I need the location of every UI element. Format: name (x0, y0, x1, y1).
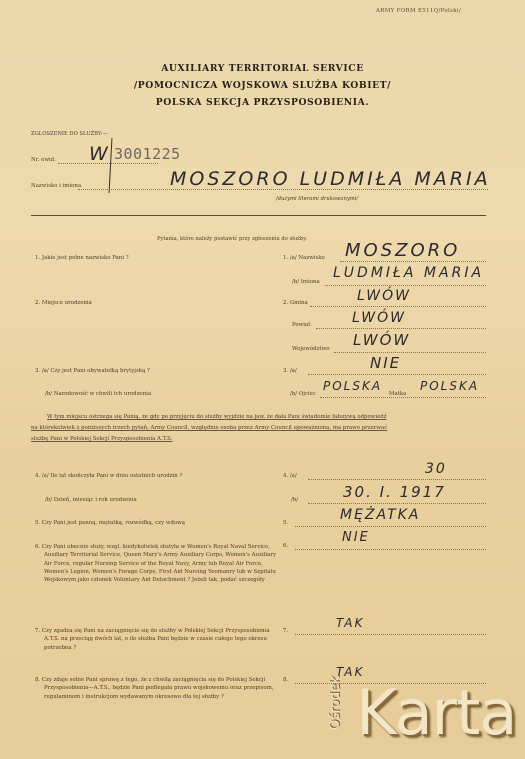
q1b-value: LUDMIŁA MARIA (333, 265, 484, 281)
warning-line-2: na którekolwiek z poniższych trzech pyta… (31, 425, 387, 431)
record-number-stamp: 3001225 (114, 145, 181, 163)
q3a-value: NIE (370, 354, 401, 372)
warning-line-1: W tym miejscu ostrzega się Panią, że gdy… (47, 414, 387, 420)
q5-text: 5. Czy Pani jest panną, mężatką, rozwódk… (35, 520, 185, 526)
q7-line (295, 634, 486, 635)
form-number: ARMY FORM E511Q/Polski/ (376, 8, 461, 14)
section-divider (31, 215, 486, 216)
q3a-label: 3. /a/ (283, 368, 297, 374)
q4a-line (308, 479, 486, 480)
record-number-handwritten: W (89, 143, 110, 165)
q2-powiat-label: Powiat (292, 322, 310, 328)
registration-heading: ZGLOSZENIE DO SLUŻBY:— (31, 131, 108, 137)
q2-powiat-value: LWÓW (352, 310, 406, 326)
q6-label: 6. (283, 543, 288, 549)
q1a-label: 1. /a/ Nazwisko (283, 255, 325, 261)
q7-text: 7. Czy zgadza się Pani na zaciągnięcie s… (35, 627, 276, 652)
document-page: ARMY FORM E511Q/Polski/ AUXILIARY TERRIT… (0, 0, 525, 759)
q2-wojewodztwo-line (334, 352, 486, 353)
q4b-text: /b/ Dzień, miesiąc i rok urodzenia (45, 497, 137, 503)
questions-heading: Pytania, które należy postawić przy zgło… (157, 236, 307, 242)
name-label: Nazwisko i imiona (31, 183, 81, 189)
q5-value: MĘŻATKA (340, 507, 420, 523)
q5-line (295, 526, 486, 527)
q4b-label: /b/ (291, 497, 298, 503)
q3b-line (320, 397, 486, 398)
q1a-line (340, 261, 486, 262)
title-line-2: /POMOCNICZA WOJSKOWA SLUŻBA KOBIET/ (0, 80, 525, 91)
q3b-father-value: POLSKA (323, 379, 382, 393)
watermark-big-text: Karta (356, 676, 516, 749)
q2-gmina-value: LWÓW (357, 288, 411, 304)
title-line-1: AUXILIARY TERRITORIAL SERVICE (0, 63, 525, 74)
q4b-line (308, 503, 486, 504)
q3a-text: 3. /a/ Czy jest Pani obywatelką brytyjsk… (35, 368, 150, 374)
q8-text: 8. Czy zdaje sobie Pani sprawę z tego, ż… (35, 676, 276, 701)
q1b-label: /b/ Imiona (292, 279, 320, 285)
q7-value: TAK (336, 616, 364, 630)
q2-powiat-line (316, 328, 486, 329)
q3b-father-label: /b/ Ojciec (290, 391, 316, 397)
q2-text: 2. Miejsce urodzenia (35, 300, 92, 306)
q2-wojewodztwo-label: Województwo (292, 346, 329, 352)
q2-wojewodztwo-value: LWÓW (353, 331, 410, 349)
warning-paragraph: W tym miejscu ostrzega się Panią, że gdy… (31, 412, 525, 445)
q6-value: NIE (342, 530, 370, 545)
q1a-value: MOSZORO (345, 240, 460, 261)
q4a-text: 4. /a/ Ile lat skończyła Pani w dniu ost… (35, 473, 182, 479)
q1b-line (325, 285, 486, 286)
q3b-mother-value: POLSKA (420, 379, 479, 393)
title-line-3: POLSKA SEKCJA PRZYSPOSOBIENIA. (0, 97, 525, 108)
q3b-text: /b/ Narodowość w chwili ich urodzenia (45, 391, 151, 397)
q2-gmina-label: 2. Gmina (283, 300, 308, 306)
name-value: MOSZORO LUDMIŁA MARIA (170, 168, 491, 190)
q1-text: 1. Jakie jest pełne nazwisko Pani ? (35, 255, 129, 261)
q3a-line (308, 374, 486, 375)
q6-text: 6. Czy Pani obecnie służy, wzgl. kiedyko… (35, 543, 276, 584)
q8-label: 8. (283, 677, 288, 683)
watermark-small-text: Ośrodek (328, 676, 343, 730)
q6-line (295, 549, 486, 550)
q7-label: 7. (283, 628, 288, 634)
q4a-value: 30 (425, 461, 447, 477)
q4a-label: 4. /a/ (283, 473, 297, 479)
record-number-label: Nr. ewid. (31, 157, 56, 163)
q2-gmina-line (310, 306, 486, 307)
q3b-mother-label: Matka (389, 391, 406, 397)
q4b-value: 30. I. 1917 (343, 483, 446, 501)
q5-label: 5. (283, 520, 288, 526)
name-hint: /dużymi literami drukowanymi/ (276, 196, 358, 202)
warning-line-3: służbę Pani w Polskiej Sekcji Przysposob… (31, 436, 172, 442)
